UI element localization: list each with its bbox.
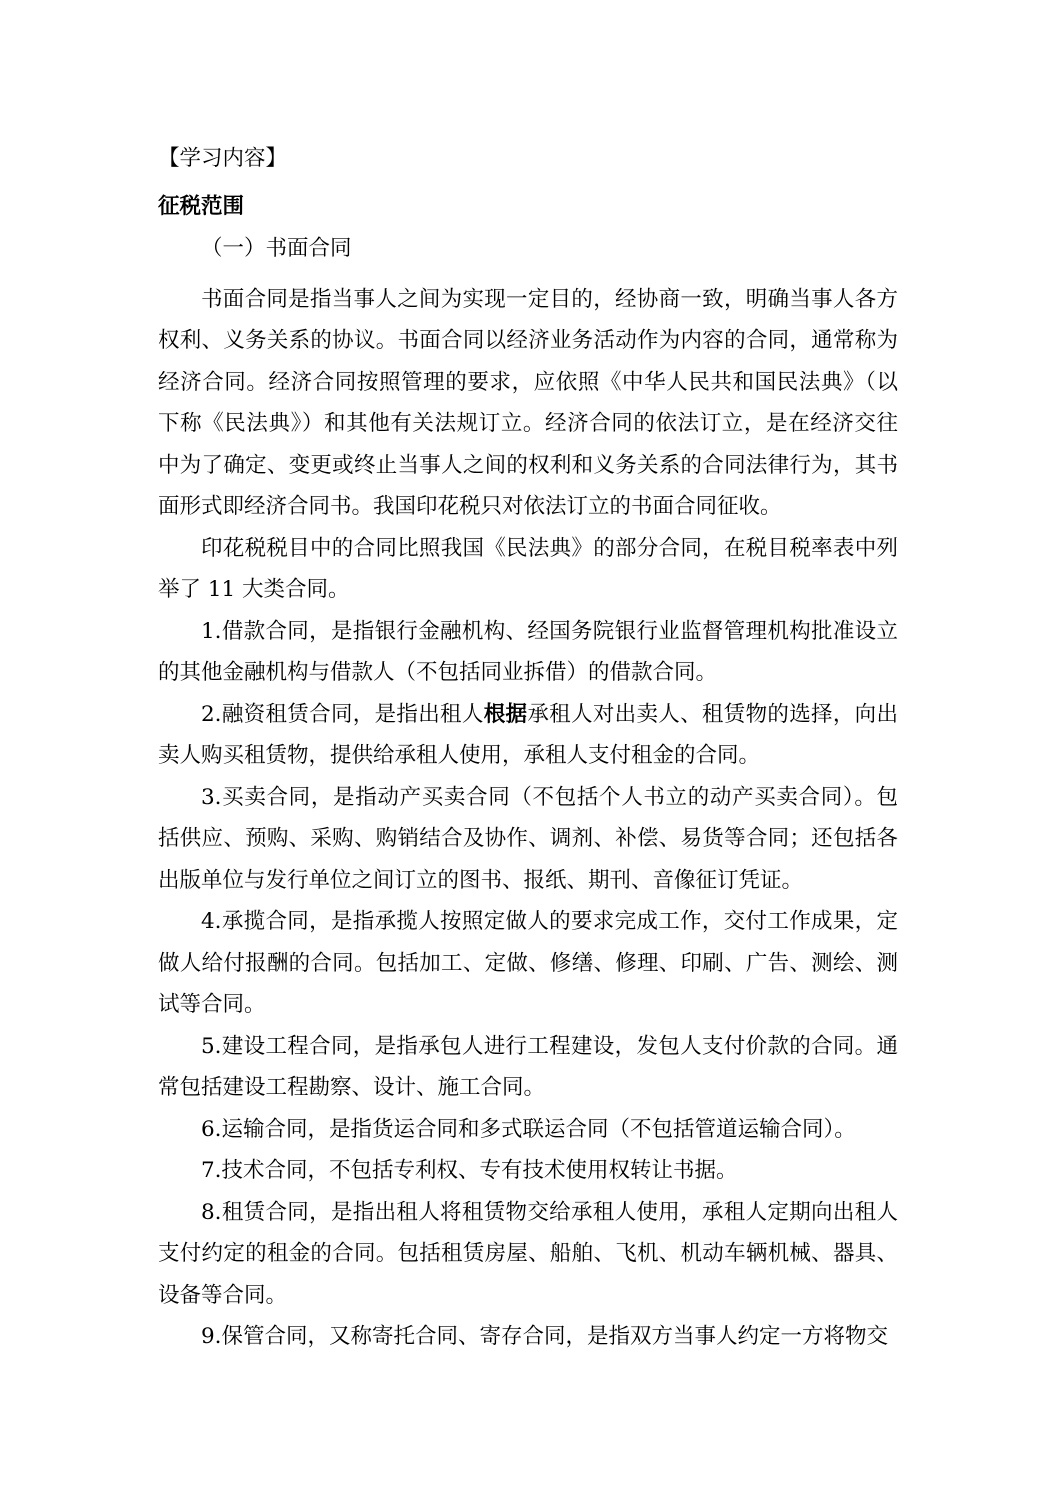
paragraph-text: 1.借款合同，是指银行金融机构、经国务院银行业监督管理机构批准设立的其他金融机构… [158,619,898,686]
paragraph-text: 2.融资租赁合同，是指出租人 [201,702,484,727]
paragraph-9: 7.技术合同，不包括专利权、专有技术使用权转让书据。 [158,1150,898,1192]
paragraph-5: 3.买卖合同，是指动产买卖合同（不包括个人书立的动产买卖合同）。包括供应、预购、… [158,777,898,902]
paragraph-4: 2.融资租赁合同，是指出租人根据承租人对出卖人、租赁物的选择，向出卖人购买租赁物… [158,694,898,777]
paragraph-6: 4.承揽合同，是指承揽人按照定做人的要求完成工作，交付工作成果，定做人给付报酬的… [158,901,898,1026]
paragraph-text: 印花税税目中的合同比照我国《民法典》的部分合同，在税目税率表中列举了 11 大类… [158,536,898,603]
paragraph-text: 5.建设工程合同，是指承包人进行工程建设，发包人支付价款的合同。通常包括建设工程… [158,1034,898,1101]
paragraph-text: 3.买卖合同，是指动产买卖合同（不包括个人书立的动产买卖合同）。包括供应、预购、… [158,785,898,893]
body-paragraphs: 书面合同是指当事人之间为实现一定目的，经协商一致，明确当事人各方权利、义务关系的… [158,279,898,1358]
paragraph-2: 印花税税目中的合同比照我国《民法典》的部分合同，在税目税率表中列举了 11 大类… [158,528,898,611]
paragraph-11: 9.保管合同，又称寄托合同、寄存合同，是指双方当事人约定一方将物交 [158,1316,898,1358]
paragraph-1: 书面合同是指当事人之间为实现一定目的，经协商一致，明确当事人各方权利、义务关系的… [158,279,898,528]
section-title: 【学习内容】 [158,138,898,180]
document-page: 【学习内容】 征税范围 （一）书面合同 书面合同是指当事人之间为实现一定目的，经… [0,0,1059,1497]
paragraph-text: 9.保管合同，又称寄托合同、寄存合同，是指双方当事人约定一方将物交 [201,1324,888,1349]
paragraph-text: 6.运输合同，是指货运合同和多式联运合同（不包括管道运输合同）。 [201,1117,856,1142]
paragraph-text: 4.承揽合同，是指承揽人按照定做人的要求完成工作，交付工作成果，定做人给付报酬的… [158,909,898,1017]
paragraph-text: 7.技术合同，不包括专利权、专有技术使用权转让书据。 [201,1158,738,1183]
paragraph-10: 8.租赁合同，是指出租人将租赁物交给承租人使用，承租人定期向出租人支付约定的租金… [158,1192,898,1317]
paragraph-7: 5.建设工程合同，是指承包人进行工程建设，发包人支付价款的合同。通常包括建设工程… [158,1026,898,1109]
paragraph-text: 8.租赁合同，是指出租人将租赁物交给承租人使用，承租人定期向出租人支付约定的租金… [158,1200,898,1308]
paragraph-8: 6.运输合同，是指货运合同和多式联运合同（不包括管道运输合同）。 [158,1109,898,1151]
heading-taxation-scope: 征税范围 [158,186,898,228]
emphasis-text: 根据 [484,702,528,727]
paragraph-3: 1.借款合同，是指银行金融机构、经国务院银行业监督管理机构批准设立的其他金融机构… [158,611,898,694]
subheading-written-contract: （一）书面合同 [158,228,898,270]
paragraph-text: 书面合同是指当事人之间为实现一定目的，经协商一致，明确当事人各方权利、义务关系的… [158,287,898,520]
